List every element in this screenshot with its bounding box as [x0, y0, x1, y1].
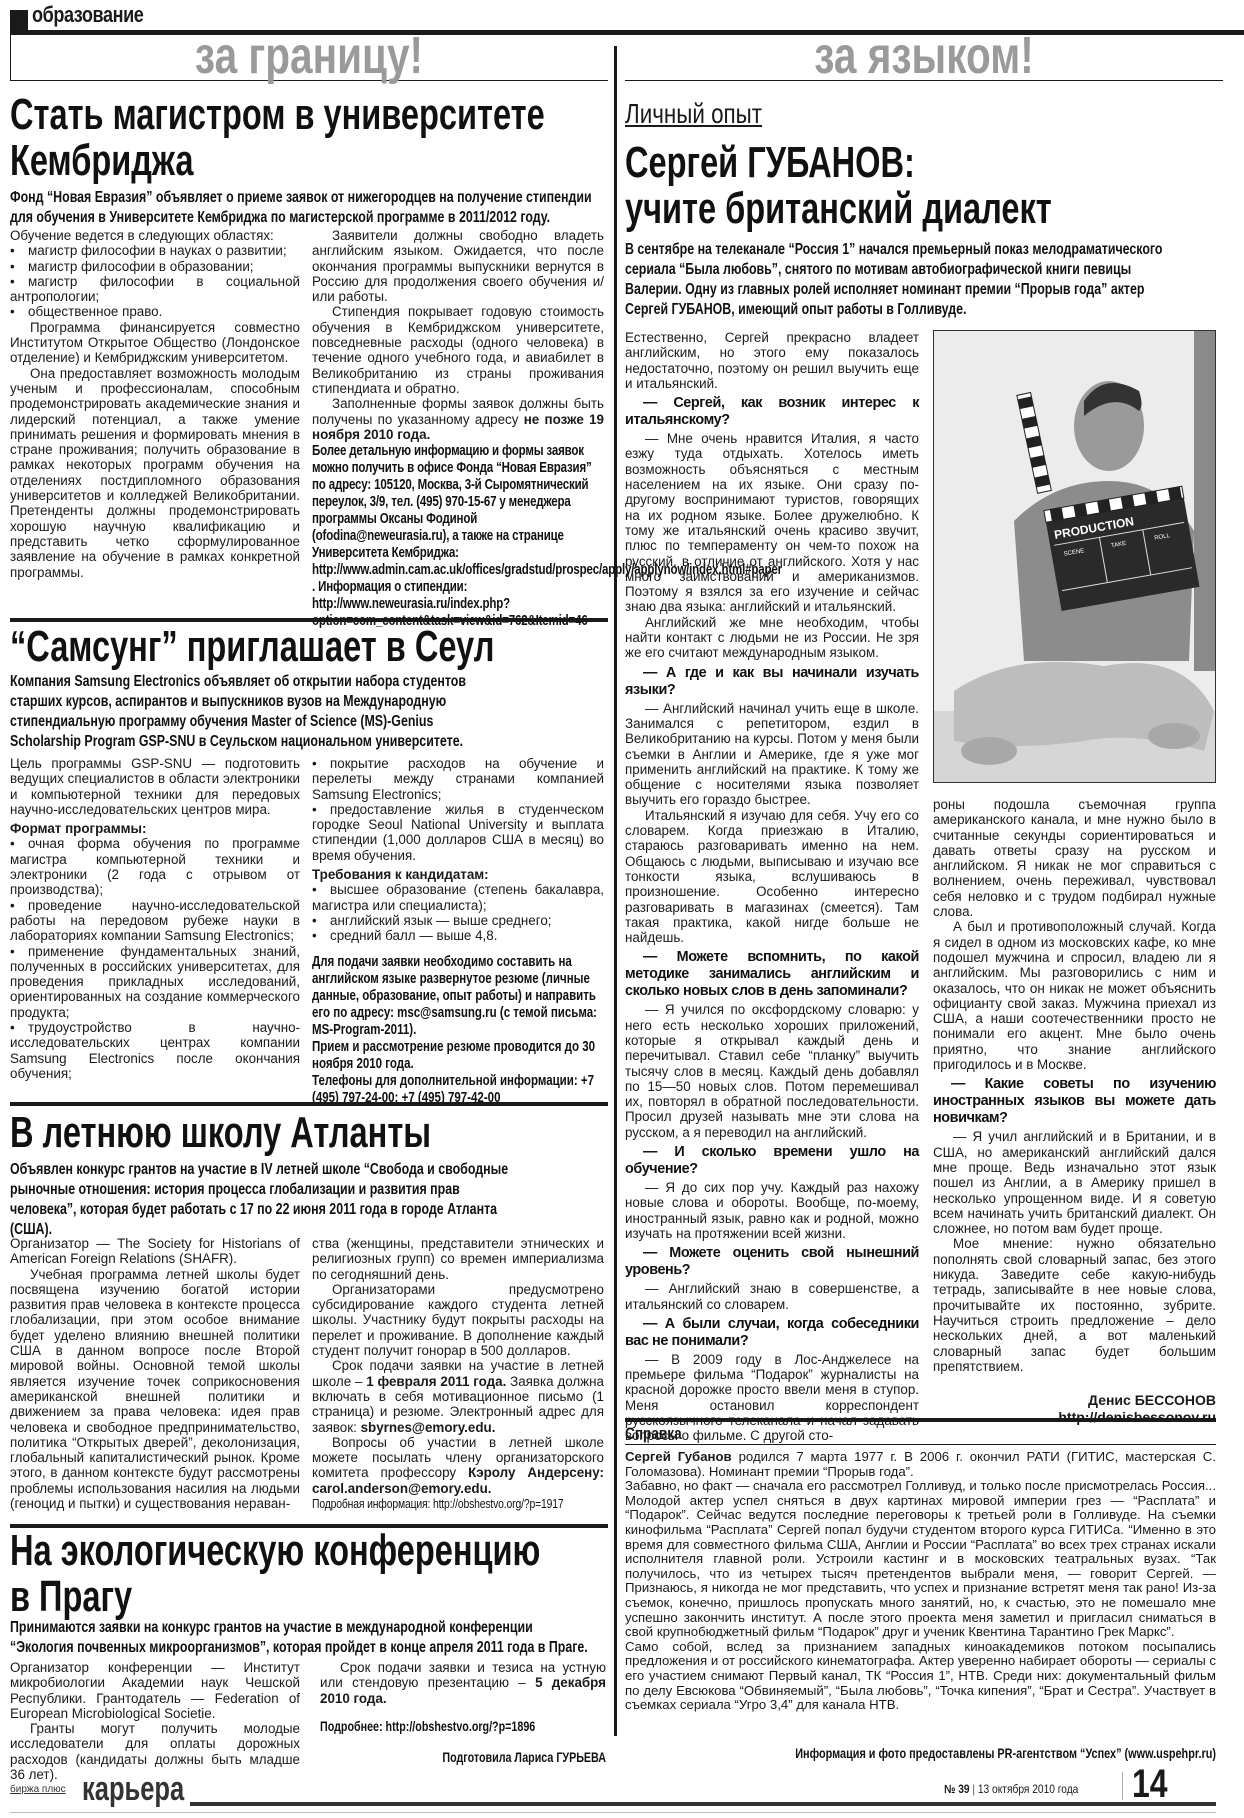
section-marker	[10, 10, 28, 32]
interview-column-1: Естественно, Сергей прекрасно владеет ан…	[625, 330, 919, 1444]
contact-info: Более детальную информацию и формы заяво…	[312, 443, 604, 630]
article-lead: Объявлен конкурс грантов на участие в IV…	[10, 1160, 514, 1241]
column-divider	[614, 46, 617, 1736]
issue-info: № 39 | 13 октября 2010 года	[944, 1782, 1078, 1796]
article-column-2: Заявители должны свободно владеть англий…	[312, 228, 604, 630]
interview-question: — Можете вспомнить, по какой методике за…	[625, 949, 919, 1000]
article-separator	[10, 1102, 608, 1106]
more-info-link[interactable]: Подробная информация: http://obshestvo.o…	[312, 1496, 604, 1512]
reference-separator	[625, 1418, 1216, 1422]
article-title: Стать магистром в университете	[10, 92, 545, 138]
interview-question: — А были случаи, когда собеседники вас н…	[625, 1316, 919, 1350]
article-title: Сергей ГУБАНОВ:	[625, 140, 915, 186]
reference-text: Сергей Губанов родился 7 марта 1977 г. В…	[625, 1450, 1216, 1713]
article-title: “Самсунг” приглашает в Сеул	[10, 624, 494, 670]
article-lead: Принимаются заявки на конкурс грантов на…	[10, 1618, 618, 1658]
issue-number: № 39	[944, 1782, 970, 1796]
photo-credit: Информация и фото предоставлены PR-агент…	[743, 1745, 1216, 1762]
interview-question: — А где и как вы начинали изучать языки?	[625, 665, 919, 699]
email-link[interactable]: sbyrnes@emory.edu.	[361, 1420, 496, 1435]
interview-photo: PRODUCTION SCENE TAKE ROLL	[933, 330, 1216, 783]
article-title-line2: учите британский диалект	[625, 186, 1052, 232]
byline: Подготовила Лариса ГУРЬЕВА	[377, 1749, 606, 1766]
interview-question: — Какие советы по изучению иностранных я…	[933, 1076, 1216, 1127]
footer-thin-rule	[10, 1812, 1216, 1813]
author-name: Денис БЕССОНОВ	[933, 1392, 1216, 1409]
rubric: Личный опыт	[625, 98, 762, 130]
article-column-1: Организатор конференции — Институт микро…	[10, 1660, 300, 1782]
article-column-2: ства (женщины, представители этнических …	[312, 1236, 604, 1512]
footer-rule	[190, 1802, 1216, 1806]
application-info: Для подачи заявки необходимо составить н…	[312, 954, 604, 1107]
article-title: В летнюю школу Атланты	[10, 1110, 431, 1156]
page-number: 14	[1132, 1764, 1168, 1804]
article-lead: Компания Samsung Electronics объявляет о…	[10, 672, 506, 753]
page-number-divider	[1122, 1772, 1123, 1800]
article-column-2: покрытие расходов на обучение и перелеты…	[312, 756, 604, 1107]
article-column-2: Срок подачи заявки и тезиса на устную ил…	[320, 1660, 606, 1766]
brand-title: карьера	[82, 1772, 184, 1806]
left-slogan: за границу!	[76, 30, 542, 82]
right-slogan: за языком!	[691, 30, 1157, 82]
article-column-1: Обучение ведется в следующих областях: м…	[10, 228, 300, 580]
interview-question: — И сколько времени ушло на обучение?	[625, 1144, 919, 1178]
article-column-1: Организатор — The Society for Historians…	[10, 1236, 300, 1511]
portrait-illustration: PRODUCTION SCENE TAKE ROLL	[934, 331, 1216, 783]
article-title-line2: Кембриджа	[10, 138, 193, 184]
left-slogan-border	[10, 35, 11, 81]
interview-question: — Сергей, как возник интерес к итальянск…	[625, 395, 919, 429]
reference-underline	[625, 1444, 1216, 1445]
section-label: образование	[32, 4, 143, 26]
article-title: На экологическую конференцию	[10, 1528, 540, 1574]
more-info-link[interactable]: Подробнее: http://obshestvo.org/?p=1896	[320, 1718, 606, 1735]
article-column-1: Цель программы GSP-SNU — подготовить вед…	[10, 756, 300, 1081]
issue-date: 13 октября 2010 года	[978, 1782, 1078, 1796]
article-lead: В сентябре на телеканале “Россия 1” нача…	[625, 240, 1217, 321]
article-lead: Фонд “Новая Евразия” объявляет о приеме …	[10, 188, 598, 228]
brand-small: биржа плюс	[10, 1784, 66, 1795]
interview-question: — Можете оценить свой нынешний уровень?	[625, 1245, 919, 1279]
interview-column-2: роны подошла съемочная группа американск…	[933, 797, 1216, 1426]
article-title-line2: в Прагу	[10, 1574, 132, 1620]
reference-heading: Справка	[625, 1424, 682, 1444]
